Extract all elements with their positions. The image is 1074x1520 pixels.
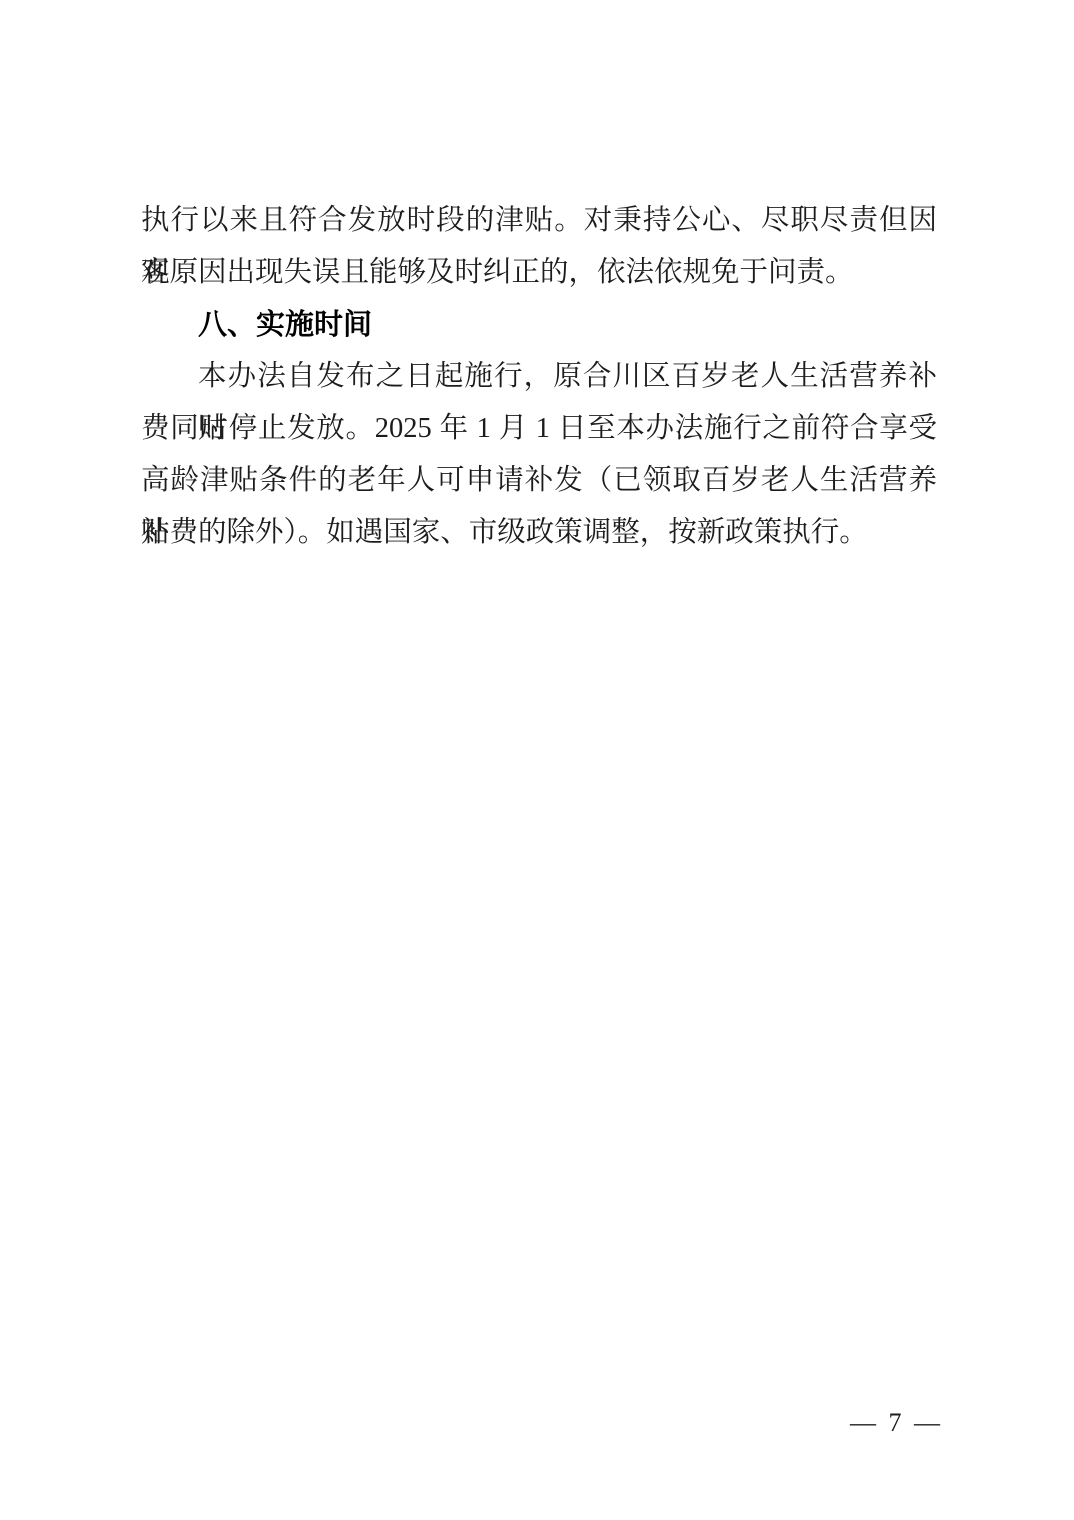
body-line: 费同时停止发放。2025 年 1 月 1 日至本办法施行之前符合享受 xyxy=(141,403,937,455)
document-page: 执行以来且符合发放时段的津贴。对秉持公心、尽职尽责但因客 观原因出现失误且能够及… xyxy=(0,0,1074,1520)
body-line: 本办法自发布之日起施行，原合川区百岁老人生活营养补贴 xyxy=(141,351,937,403)
section-heading-implementation-time: 八、实施时间 xyxy=(141,299,937,351)
body-line: 观原因出现失误且能够及时纠正的，依法依规免于问责。 xyxy=(141,247,937,299)
page-number: — 7 — xyxy=(850,1408,940,1438)
document-text-block: 执行以来且符合发放时段的津贴。对秉持公心、尽职尽责但因客 观原因出现失误且能够及… xyxy=(141,195,937,559)
body-line: 贴费的除外）。如遇国家、市级政策调整，按新政策执行。 xyxy=(141,507,937,559)
body-line: 高龄津贴条件的老年人可申请补发（已领取百岁老人生活营养补 xyxy=(141,455,937,507)
body-line: 执行以来且符合发放时段的津贴。对秉持公心、尽职尽责但因客 xyxy=(141,195,937,247)
